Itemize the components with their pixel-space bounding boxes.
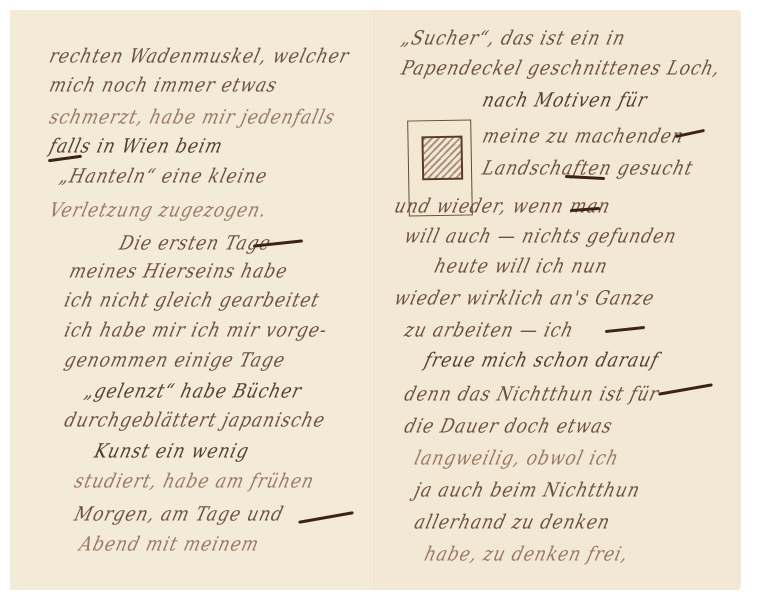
handwritten-line: meine zu machenden (480, 125, 687, 148)
handwritten-line: langweilig, obwol ich (412, 447, 621, 470)
handwritten-line: zu arbeiten — ich (402, 319, 576, 342)
handwritten-line: genommen einige Tage (62, 349, 288, 372)
right-page: „Sucher“, das ist ein in Papendeckel ges… (375, 10, 741, 590)
handwritten-line: Kunst ein wenig (92, 440, 252, 463)
center-fold (374, 10, 376, 590)
handwritten-line: schmerzt, habe mir jedenfalls (47, 106, 338, 129)
handwritten-line: die Dauer doch etwas (402, 415, 615, 438)
handwritten-line: wieder wirklich an's Ganze (392, 287, 657, 310)
handwritten-line: studiert, habe am frühen (72, 470, 317, 493)
handwritten-line: Morgen, am Tage und (72, 503, 286, 526)
handwritten-line: rechten Wadenmuskel, welcher (47, 45, 352, 68)
hatched-square-drawing (421, 136, 463, 181)
handwritten-line: Verletzung zugezogen. (47, 199, 269, 222)
handwritten-line: „Hanteln“ eine kleine (57, 165, 270, 188)
handwritten-line: Abend mit meinem (77, 533, 262, 556)
handwritten-line: ja auch beim Nichtthun (412, 479, 643, 502)
handwritten-line: Papendeckel geschnittenes Loch, (399, 57, 723, 80)
right-page-text: „Sucher“, das ist ein in Papendeckel ges… (375, 10, 741, 590)
left-page-text: rechten Wadenmuskel, welcher mich noch i… (10, 10, 375, 590)
handwritten-line: ich nicht gleich gearbeitet (62, 289, 322, 312)
handwritten-line: habe, zu denken frei, (422, 543, 631, 566)
handwritten-line: denn das Nichtthun ist für (402, 383, 662, 406)
handwritten-line: Die ersten Tage (117, 232, 274, 255)
handwritten-line: allerhand zu denken (412, 511, 613, 534)
handwritten-line: „Sucher“, das ist ein in (399, 27, 628, 50)
handwritten-line: freue mich schon darauf (422, 349, 661, 372)
handwritten-line: mich noch immer etwas (47, 74, 280, 97)
handwritten-line: durchgeblättert japanische (62, 409, 328, 432)
handwritten-line: heute will ich nun (432, 255, 610, 278)
viewfinder-sketch (407, 119, 473, 216)
handwritten-line: meines Hierseins habe (67, 260, 290, 283)
handwritten-line: „gelenzt“ habe Bücher (82, 380, 304, 403)
handwritten-line: falls in Wien beim (47, 135, 225, 158)
left-page: rechten Wadenmuskel, welcher mich noch i… (10, 10, 375, 590)
handwritten-line: ich habe mir ich mir vorge- (62, 319, 330, 342)
handwritten-line: will auch — nichts gefunden (402, 225, 679, 248)
handwritten-line: nach Motiven für (480, 89, 650, 112)
